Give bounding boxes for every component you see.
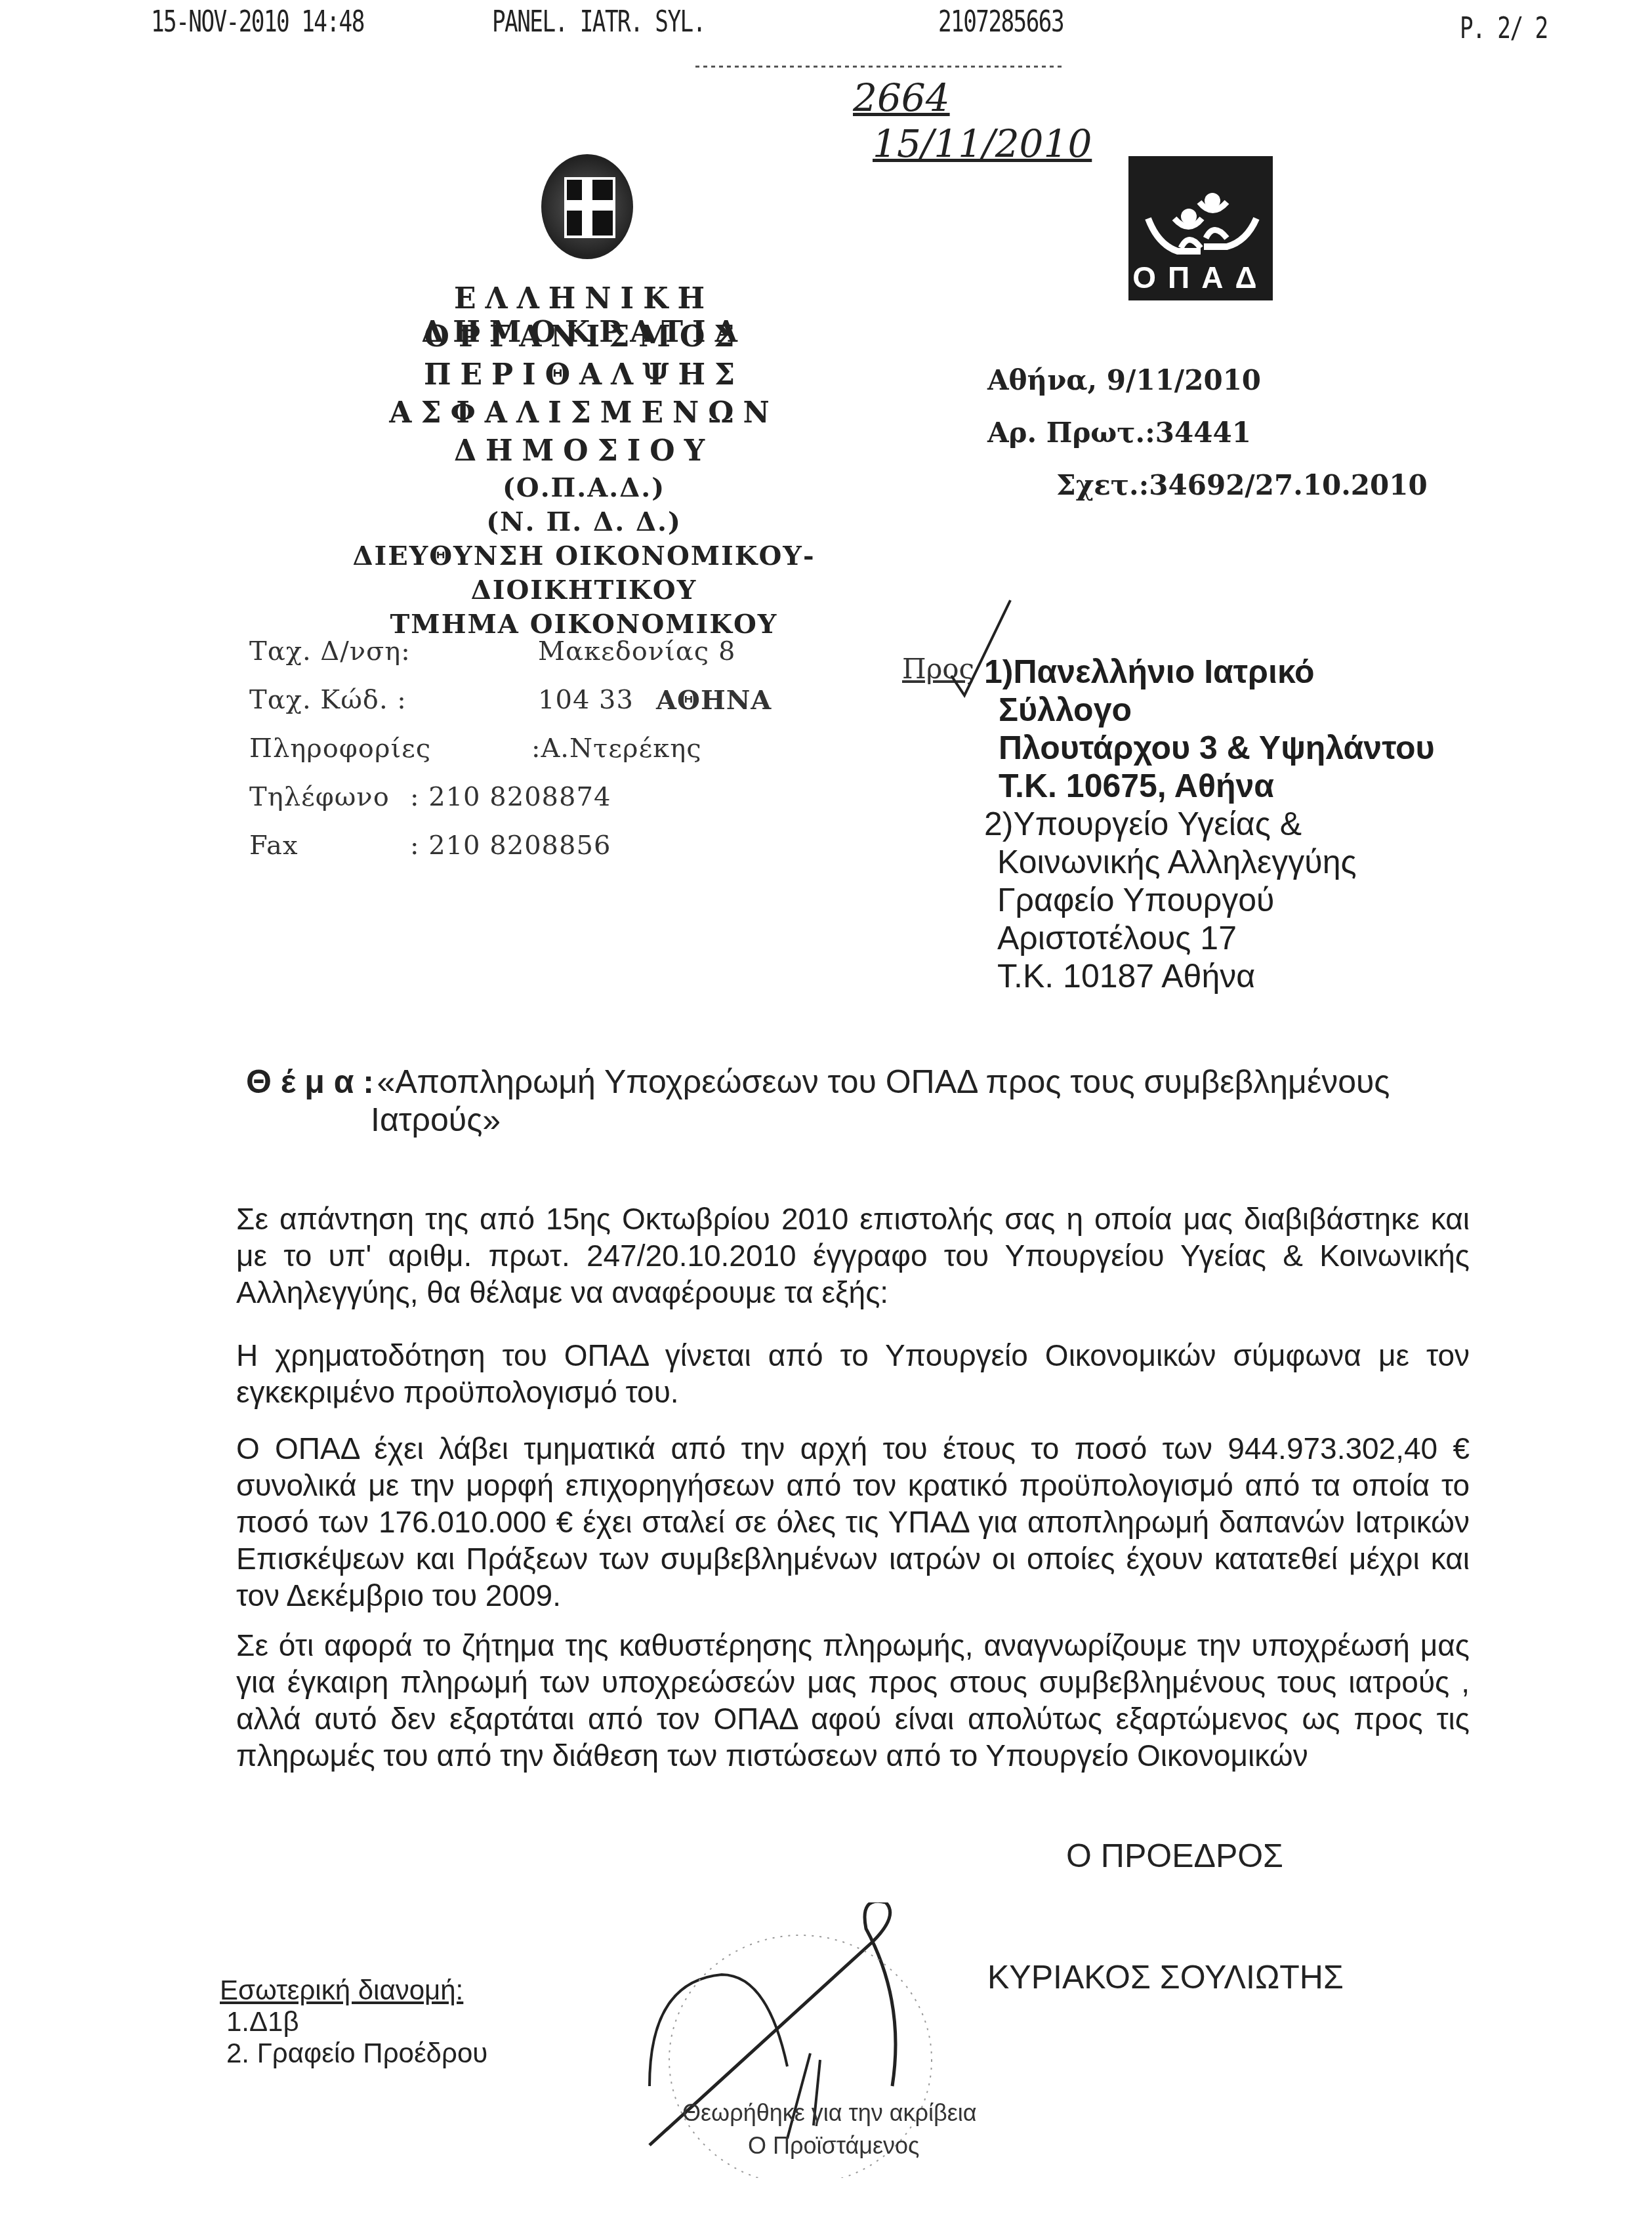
body-paragraph: Ο ΟΠΑΔ έχει λάβει τμηματικά από την αρχή… bbox=[236, 1430, 1470, 1614]
contact-label: Ταχ. Κώδ. : bbox=[249, 685, 407, 715]
recipient-line: Τ.Κ. 10187 Αθήνα bbox=[984, 957, 1509, 995]
contact-row: Fax : 210 8208856 bbox=[249, 831, 840, 879]
contact-label: Πληροφορίες bbox=[249, 733, 431, 764]
contact-value: :Α.Ντερέκης bbox=[531, 733, 702, 764]
recipients-list: 1)Πανελλήνιο Ιατρικό Σύλλογο Πλουτάρχου … bbox=[984, 653, 1509, 995]
contact-row: Πληροφορίες :Α.Ντερέκης bbox=[249, 733, 840, 782]
recipient-line: Αριστοτέλους 17 bbox=[984, 919, 1509, 957]
issuer-line: ΑΣΦΑΛΙΣΜΕΝΩΝ bbox=[289, 396, 879, 434]
certification-line: Θεωρήθηκε για την ακρίβεια bbox=[682, 2099, 977, 2127]
issuer-line: (Ν. Π. Δ. Δ.) bbox=[289, 506, 879, 541]
body-paragraph: Η χρηματοδότηση του ΟΠΑΔ γίνεται από το … bbox=[236, 1337, 1470, 1410]
subject-text: «Αποπληρωμή Υποχρεώσεων του ΟΠΑΔ προς το… bbox=[377, 1063, 1390, 1100]
contact-label: Ταχ. Δ/νση: bbox=[249, 636, 411, 667]
contact-value: 104 33 bbox=[538, 685, 634, 715]
contact-row: Ταχ. Κώδ. : 104 33 ΑΘΗΝΑ bbox=[249, 685, 840, 733]
issuer-line: ΠΕΡΙΘΑΛΨΗΣ bbox=[289, 358, 879, 396]
contact-label: Fax bbox=[249, 831, 298, 861]
contact-value: Μακεδονίας 8 bbox=[538, 636, 735, 667]
family-figures-icon bbox=[1128, 169, 1273, 268]
logo-text: ΟΠΑΔ bbox=[1128, 260, 1273, 295]
recipient-line: Σύλλογο bbox=[984, 691, 1509, 729]
stamp-dots bbox=[695, 66, 1063, 68]
recipient-line: Τ.Κ. 10675, Αθήνα bbox=[984, 767, 1509, 805]
received-stamp: 2664 15/11/2010 bbox=[656, 39, 1102, 171]
recipient-line: 2)Υπουργείο Υγείας & bbox=[984, 805, 1509, 843]
fax-sender: PANEL. IATR. SYL. bbox=[492, 5, 705, 39]
protocol-number: Αρ. Πρωτ.:34441 bbox=[987, 417, 1251, 449]
issuer-line: ΟΡΓΑΝΙΣΜΟΣ bbox=[289, 320, 879, 358]
subject: Θ έ μ α : «Αποπληρωμή Υποχρεώσεων του ΟΠ… bbox=[246, 1063, 1479, 1139]
related-reference: Σχετ.:34692/27.10.2010 bbox=[1056, 469, 1428, 501]
recipient-line: Πλουτάρχου 3 & Υψηλάντου bbox=[984, 729, 1509, 767]
issuer-line: ΔΙΕΥΘΥΝΣΗ ΟΙΚΟΝΟΜΙΚΟΥ- bbox=[289, 541, 879, 575]
recipient-line: 1)Πανελλήνιο Ιατρικό bbox=[984, 653, 1509, 691]
subject-text-continued: Ιατρούς» bbox=[246, 1101, 1479, 1139]
contact-value-city: ΑΘΗΝΑ bbox=[656, 685, 772, 716]
contact-value: : 210 8208874 bbox=[410, 782, 611, 812]
fax-phone: 2107285663 bbox=[938, 5, 1063, 39]
distribution-heading: Εσωτερική διανομή: bbox=[220, 1975, 487, 2006]
opad-logo: ΟΠΑΔ bbox=[1128, 156, 1273, 300]
distribution-item: 1.Δ1β bbox=[220, 2006, 487, 2038]
contact-value: : 210 8208856 bbox=[410, 831, 611, 861]
issuer-line: ΕΛΛΗΝΙΚΗ ΔΗΜΟΚΡΑΤΙΑ bbox=[289, 282, 879, 320]
signatory-name: ΚΥΡΙΑΚΟΣ ΣΟΥΛΙΩΤΗΣ bbox=[987, 1958, 1344, 1996]
subject-label: Θ έ μ α : bbox=[246, 1063, 374, 1100]
contact-label: Τηλέφωνο bbox=[249, 782, 390, 812]
contact-row: Ταχ. Δ/νση: Μακεδονίας 8 bbox=[249, 636, 840, 685]
contact-row: Τηλέφωνο : 210 8208874 bbox=[249, 782, 840, 831]
recipient-line: Γραφείο Υπουργού bbox=[984, 881, 1509, 919]
contact-block: Ταχ. Δ/νση: Μακεδονίας 8 Ταχ. Κώδ. : 104… bbox=[249, 636, 840, 879]
body-paragraph: Σε ότι αφορά το ζήτημα της καθυστέρησης … bbox=[236, 1627, 1470, 1774]
fax-datetime: 15-NOV-2010 14:48 bbox=[151, 5, 364, 39]
letter-body: Σε απάντηση της από 15ης Οκτωβρίου 2010 … bbox=[236, 1201, 1470, 1774]
greek-crest-icon bbox=[541, 154, 633, 259]
place-date: Αθήνα, 9/11/2010 bbox=[987, 364, 1261, 396]
recipient-line: Κοινωνικής Αλληλεγγύης bbox=[984, 843, 1509, 881]
issuer-line: ΔΗΜΟΣΙΟΥ bbox=[289, 434, 879, 472]
signatory-title: Ο ΠΡΟΕΔΡΟΣ bbox=[1066, 1837, 1283, 1875]
issuer-line: ΔΙΟΙΚΗΤΙΚΟΥ bbox=[289, 575, 879, 609]
issuer-block: ΕΛΛΗΝΙΚΗ ΔΗΜΟΚΡΑΤΙΑ ΟΡΓΑΝΙΣΜΟΣ ΠΕΡΙΘΑΛΨΗ… bbox=[289, 282, 879, 643]
issuer-line: (Ο.Π.Α.Δ.) bbox=[289, 472, 879, 506]
certification-line: Ο Προϊστάμενος bbox=[748, 2132, 919, 2160]
distribution-item: 2. Γραφείο Προέδρου bbox=[220, 2038, 487, 2069]
body-paragraph: Σε απάντηση της από 15ης Οκτωβρίου 2010 … bbox=[236, 1201, 1470, 1311]
stamp-received-date: 15/11/2010 bbox=[873, 121, 1092, 166]
distribution-block: Εσωτερική διανομή: 1.Δ1β 2. Γραφείο Προέ… bbox=[220, 1975, 487, 2069]
stamp-protocol-number: 2664 bbox=[853, 75, 950, 120]
fax-page: P. 2/ 2 bbox=[1460, 12, 1548, 45]
